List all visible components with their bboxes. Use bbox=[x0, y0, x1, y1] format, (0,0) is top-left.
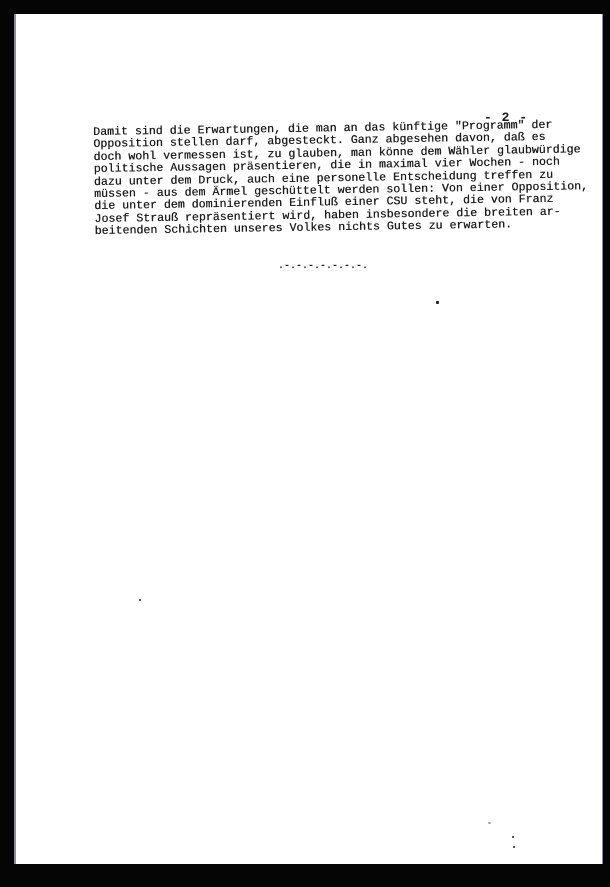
scan-speck bbox=[488, 822, 491, 824]
section-separator: .-.-.-.-.-.-.-. bbox=[278, 261, 368, 272]
body-paragraph: Damit sind die Erwartungen, die man an d… bbox=[93, 119, 610, 239]
paper-page: - 2 - Damit sind die Erwartungen, die ma… bbox=[14, 14, 603, 864]
scan-speck bbox=[139, 599, 141, 601]
scan-speck bbox=[512, 836, 514, 838]
scan-speck bbox=[436, 301, 439, 304]
scan-speck bbox=[513, 846, 515, 848]
scanned-document: - 2 - Damit sind die Erwartungen, die ma… bbox=[0, 0, 610, 887]
